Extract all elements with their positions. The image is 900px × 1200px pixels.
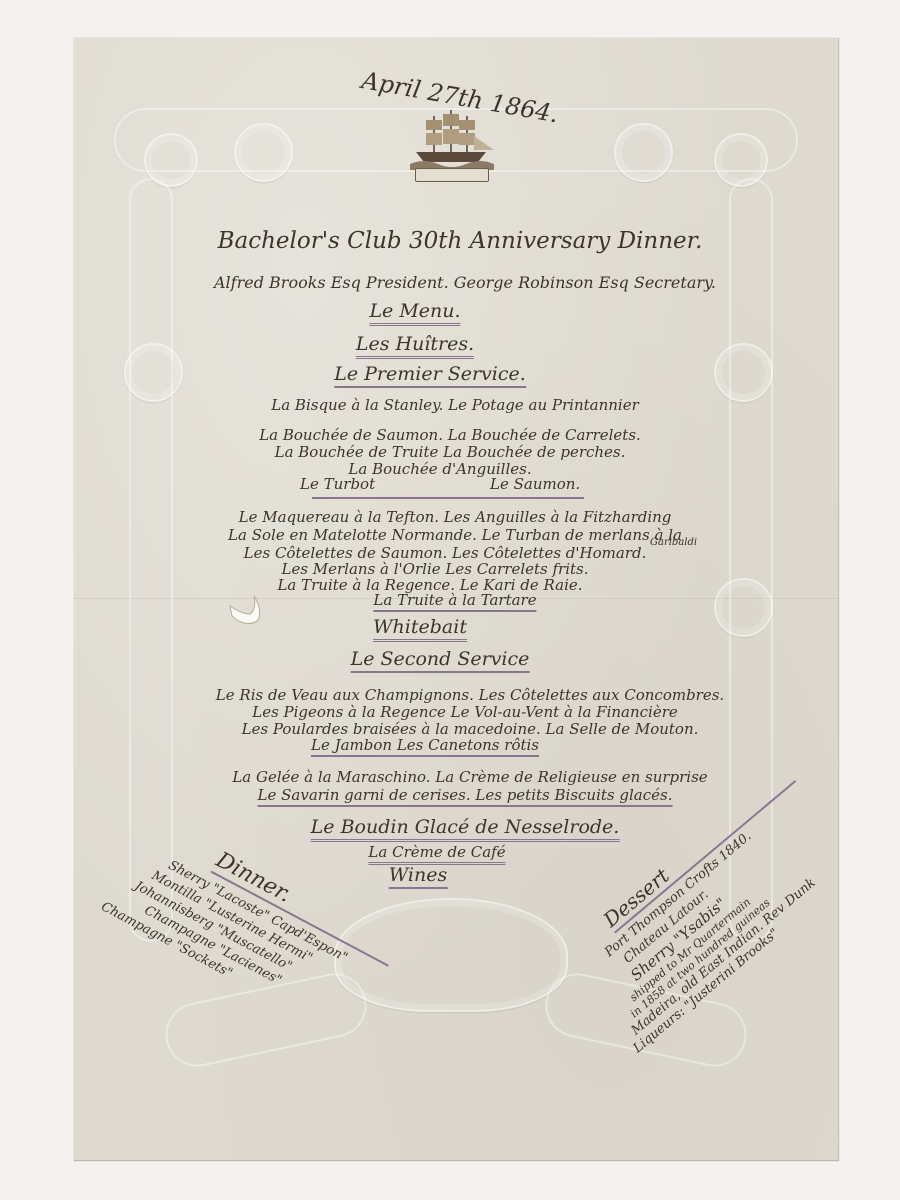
- ices-line-1: Le Boudin Glacé de Nesselrode.: [311, 818, 620, 842]
- first-service-final: La Truite à la Tartare: [373, 593, 536, 612]
- sweets-line-1: La Gelée à la Maraschino. La Crème de Re…: [232, 770, 707, 785]
- club-officers: Alfred Brooks Esq President. George Robi…: [214, 275, 716, 291]
- fish-saumon: Le Saumon.: [490, 477, 580, 492]
- entree-line-3: Les Côtelettes de Saumon. Les Côtelettes…: [244, 546, 647, 561]
- embossed-vine-left: [129, 178, 173, 942]
- bouchee-line-2: La Bouchée de Truite La Bouchée de perch…: [275, 445, 626, 460]
- wines-heading: Wines: [389, 866, 448, 889]
- menu-heading: Le Menu.: [369, 302, 460, 326]
- fish-turbot: Le Turbot: [300, 477, 375, 492]
- emblem-motto-banner: [415, 168, 489, 182]
- embossed-rosette-icon: [234, 123, 293, 182]
- second-service-line-3: Les Poulardes braisées à la macedoine. L…: [242, 722, 699, 737]
- soups-line: La Bisque à la Stanley. Le Potage au Pri…: [271, 398, 639, 413]
- second-service-heading: Le Second Service: [351, 650, 530, 673]
- entree-line-4: Les Merlans à l'Orlie Les Carrelets frit…: [281, 562, 588, 577]
- entree-note: Garibaldi: [650, 538, 697, 548]
- fish-underline: [312, 497, 584, 499]
- ices-line-2: La Crème de Café: [368, 845, 505, 865]
- page-title: Bachelor's Club 30th Anniversary Dinner.: [218, 230, 703, 253]
- bouchee-line-1: La Bouchée de Saumon. La Bouchée de Carr…: [259, 428, 641, 443]
- sweets-line-2: Le Savarin garni de cerises. Les petits …: [258, 788, 673, 807]
- whitebait-heading: Whitebait: [373, 618, 467, 642]
- second-service-line-2: Les Pigeons à la Regence Le Vol-au-Vent …: [252, 705, 678, 720]
- embossed-rosette-icon: [614, 123, 673, 182]
- second-service-line-4: Le Jambon Les Canetons rôtis: [311, 738, 539, 757]
- first-service-heading: Le Premier Service.: [334, 365, 526, 388]
- paper-damage-hole: [226, 594, 266, 628]
- oysters-heading: Les Huîtres.: [356, 335, 474, 359]
- second-service-line-1: Le Ris de Veau aux Champignons. Les Côte…: [216, 688, 724, 703]
- entree-line-2: La Sole en Matelotte Normande. Le Turban…: [228, 528, 682, 543]
- entree-line-1: Le Maquereau à la Tefton. Les Anguilles …: [239, 510, 672, 525]
